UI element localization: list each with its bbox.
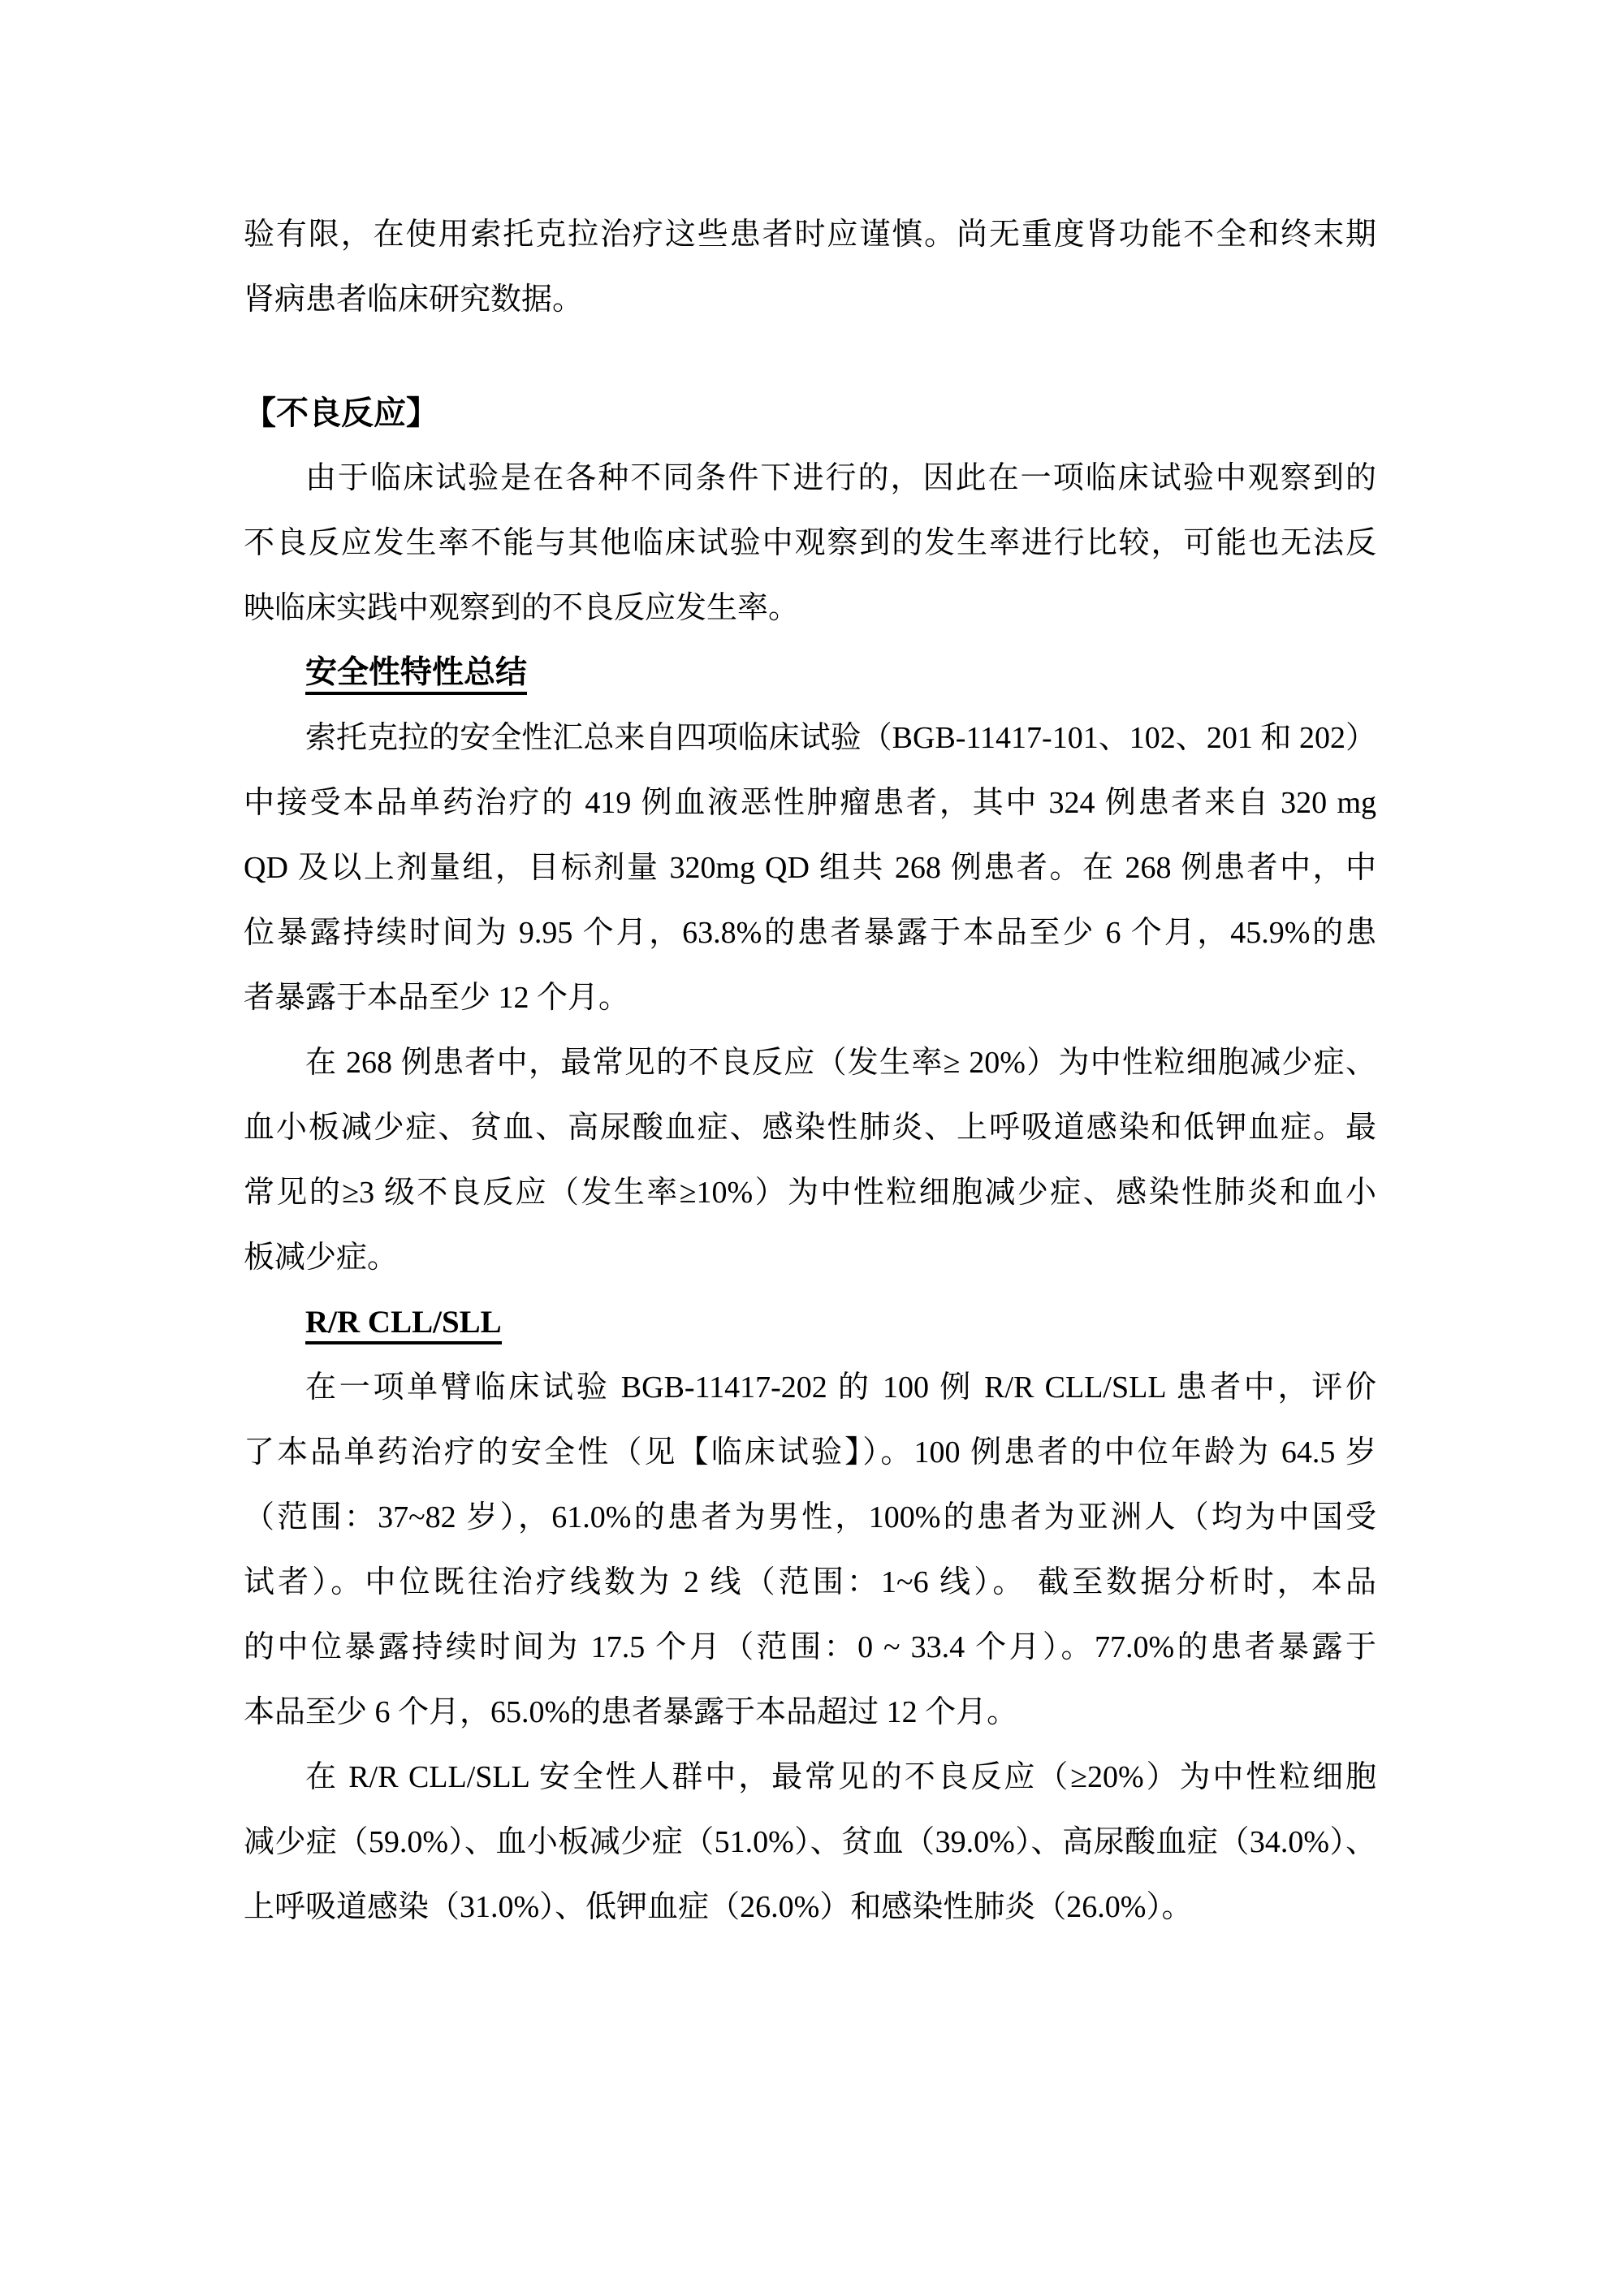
paragraph-7-line-0: 在一项单臂临床试验 BGB-11417-202 的 100 例 R/R CLL/…	[244, 1355, 1376, 1420]
sub-heading-text: R/R CLL/SLL	[305, 1305, 502, 1344]
paragraph-7-line-5: 本品至少 6 个月，65.0%的患者暴露于本品超过 12 个月。	[244, 1680, 1376, 1745]
paragraph-4-line-1: 中接受本品单药治疗的 419 例血液恶性肿瘤患者，其中 324 例患者来自 32…	[244, 770, 1376, 835]
paragraph-0-line-1: 肾病患者临床研究数据。	[244, 267, 1376, 332]
paragraph-2-line-0: 由于临床试验是在各种不同条件下进行的，因此在一项临床试验中观察到的	[244, 446, 1376, 511]
paragraph-7-line-2: （范围：37~82 岁），61.0%的患者为男性，100%的患者为亚洲人（均为中…	[244, 1485, 1376, 1550]
sub-heading: 安全性特性总结	[244, 641, 1376, 706]
paragraph-2-line-2: 映临床实践中观察到的不良反应发生率。	[244, 576, 1376, 641]
paragraph-8-line-1: 减少症（59.0%）、血小板减少症（51.0%）、贫血（39.0%）、高尿酸血症…	[244, 1810, 1376, 1875]
paragraph-5-line-2: 常见的≥3 级不良反应（发生率≥10%）为中性粒细胞减少症、感染性肺炎和血小	[244, 1160, 1376, 1225]
paragraph-5-line-3: 板减少症。	[244, 1225, 1376, 1290]
paragraph-4-line-0: 索托克拉的安全性汇总来自四项临床试验（BGB-11417-101、102、201…	[244, 706, 1376, 770]
document-page: 验有限，在使用索托克拉治疗这些患者时应谨慎。尚无重度肾功能不全和终末期肾病患者临…	[0, 0, 1624, 2296]
text-column: 验有限，在使用索托克拉治疗这些患者时应谨慎。尚无重度肾功能不全和终末期肾病患者临…	[244, 202, 1376, 1940]
paragraph-2-line-1: 不良反应发生率不能与其他临床试验中观察到的发生率进行比较，可能也无法反	[244, 511, 1376, 576]
paragraph-0-line-0: 验有限，在使用索托克拉治疗这些患者时应谨慎。尚无重度肾功能不全和终末期	[244, 202, 1376, 267]
sub-heading: R/R CLL/SLL	[244, 1290, 1376, 1355]
paragraph-7-line-1: 了本品单药治疗的安全性（见【临床试验】）。100 例患者的中位年龄为 64.5 …	[244, 1420, 1376, 1485]
sub-heading-text: 安全性特性总结	[305, 655, 527, 695]
paragraph-5-line-1: 血小板减少症、贫血、高尿酸血症、感染性肺炎、上呼吸道感染和低钾血症。最	[244, 1095, 1376, 1160]
paragraph-4-line-4: 者暴露于本品至少 12 个月。	[244, 965, 1376, 1030]
section-heading-adverse-reactions: 【不良反应】	[244, 381, 1376, 446]
paragraph-8-line-2: 上呼吸道感染（31.0%）、低钾血症（26.0%）和感染性肺炎（26.0%）。	[244, 1875, 1376, 1940]
paragraph-5-line-0: 在 268 例患者中，最常见的不良反应（发生率≥ 20%）为中性粒细胞减少症、	[244, 1030, 1376, 1095]
paragraph-4-line-3: 位暴露持续时间为 9.95 个月，63.8%的患者暴露于本品至少 6 个月，45…	[244, 900, 1376, 965]
paragraph-7-line-4: 的中位暴露持续时间为 17.5 个月（范围：0 ~ 33.4 个月）。77.0%…	[244, 1615, 1376, 1680]
paragraph-4-line-2: QD 及以上剂量组，目标剂量 320mg QD 组共 268 例患者。在 268…	[244, 835, 1376, 900]
paragraph-7-line-3: 试者）。中位既往治疗线数为 2 线（范围：1~6 线）。 截至数据分析时，本品	[244, 1550, 1376, 1615]
paragraph-8-line-0: 在 R/R CLL/SLL 安全性人群中，最常见的不良反应（≥20%）为中性粒细…	[244, 1745, 1376, 1810]
